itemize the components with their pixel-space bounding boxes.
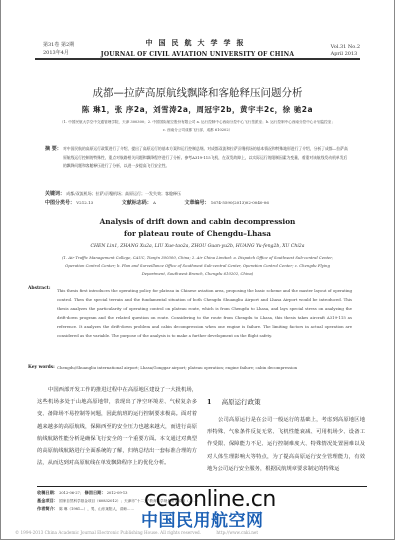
title-en-line2: for plateau route of Chengdu–Lhasa — [1, 228, 394, 240]
keywords-en: Key words: Chengdu/Shuangliu internation… — [28, 362, 352, 372]
section-number: 1 — [207, 398, 212, 406]
abstract-cn-label: 摘 要： — [45, 146, 62, 152]
footnote-author: 作者简介： 陈 琳（1981—），男，山东莱阳人，讲师…… — [37, 506, 134, 512]
article-title-cn: 成都—拉萨高原航线飘降和客舱释压问题分析 — [1, 85, 394, 100]
abstract-cn-text: 对中国民航的高原运行政策进行了介绍，提出了高原运行的基本方案和运行控制总纲。对成… — [45, 145, 350, 171]
author-bio-text: 陈 琳（1981—），男，山东莱阳人，讲师…… — [59, 507, 134, 511]
article-title-en: Analysis of drift down and cabin decompr… — [1, 216, 394, 240]
affiliation-en: (1. Air Traffic Management College, CAUC… — [57, 254, 338, 278]
abstract-cn: 摘 要： 对中国民航的高原运行政策进行了介绍，提出了高原运行的基本方案和运行控制… — [45, 145, 350, 171]
watermark-cn: 中国民用航空网 — [141, 511, 264, 531]
abstract-en-label: Abstract: — [28, 286, 50, 291]
section-title: 高原运行政策 — [222, 398, 261, 406]
copyright-text: © 1994-2013 China Academic Journal Elect… — [15, 530, 201, 535]
body-column-right: 公司高原运行是在公司一般运行的基础上，考虑到高原地区地形特殊、气象条件反复无常、… — [207, 414, 365, 475]
received-date: 2012-06-27； — [59, 491, 83, 495]
article-no-value: 1674-5590(2013)02-0040-06 — [211, 200, 269, 205]
affiliation-cn: （1. 中国民航大学空中交通管理学院，天津 300300；2. 中国国际航空股份… — [59, 118, 336, 134]
journal-header: 第31卷 第2期 2013年4月 中国民航大学学报 JOURNAL OF CIV… — [35, 38, 360, 60]
clc-value: V212.13 — [76, 200, 93, 205]
classification-line: 中图分类号： V212.13 文献标志码： A 文章编号： 1674-5590(… — [45, 199, 350, 206]
abstract-en-text: This thesis first introduces the operati… — [57, 286, 352, 340]
body-column-left: 中国西部开发工作的推进过程中在高原地区建设了一大批机场，这些机场多处于山地高原地… — [37, 384, 197, 469]
doc-code-value: A — [153, 200, 156, 205]
date-line-en: April 2013 — [331, 51, 360, 58]
authors-en: CHEN Lin1, ZHANG Xu2a, LIU Xue-tao2a, ZH… — [1, 244, 394, 249]
volume-issue-en: Vol.31 No.2 April 2013 — [331, 44, 360, 58]
volume-line-en: Vol.31 No.2 — [331, 44, 360, 51]
title-en-line1: Analysis of drift down and cabin decompr… — [1, 216, 394, 228]
document-page: 第31卷 第2期 2013年4月 中国民航大学学报 JOURNAL OF CIV… — [0, 0, 395, 540]
authors-cn: 陈 琳1，张 序2a，刘雪涛2a，周冠宇2b，黄宇丰2c，徐 驰2a — [1, 104, 394, 115]
keywords-en-label: Key words: — [28, 365, 55, 370]
received-label: 收稿日期： — [37, 490, 58, 495]
footnote-dates: 收稿日期： 2012-06-27； 修回日期： 2012-09-13 — [37, 490, 127, 496]
revised-date: 2012-09-13 — [107, 491, 128, 495]
fund-label: 基金项目： — [37, 498, 58, 503]
journal-name-en: JOURNAL OF CIVIL AVIATION UNIVERSITY OF … — [35, 51, 360, 58]
keywords-en-text: Chengdu/Shuangliu international airport;… — [28, 363, 352, 372]
doc-code-label: 文献标志码： — [122, 200, 152, 206]
section-heading: 1 高原运行政策 — [207, 397, 261, 406]
revised-label: 修回日期： — [85, 490, 106, 495]
clc-label: 中图分类号： — [45, 200, 75, 206]
watermark-ccaonline: ccaonline.cn — [144, 488, 276, 512]
keywords-cn: 关键词： 成都/双流机场；拉萨/贡嘎机场；高原运行；一发失效；客舱释压 — [45, 190, 350, 197]
journal-name-cn: 中国民航大学学报 — [35, 38, 360, 48]
header-divider — [35, 58, 360, 60]
copyright-footer: © 1994-2013 China Academic Journal Elect… — [15, 530, 380, 535]
article-no-label: 文章编号： — [185, 200, 210, 206]
keywords-cn-label: 关键词： — [45, 191, 65, 197]
journal-title-block: 中国民航大学学报 JOURNAL OF CIVIL AVIATION UNIVE… — [35, 38, 360, 58]
author-bio-label: 作者简介： — [37, 506, 58, 511]
cnki-link[interactable]: http://www.cnki.net — [216, 530, 258, 535]
keywords-cn-text: 成都/双流机场；拉萨/贡嘎机场；高原运行；一发失效；客舱释压 — [66, 191, 181, 196]
